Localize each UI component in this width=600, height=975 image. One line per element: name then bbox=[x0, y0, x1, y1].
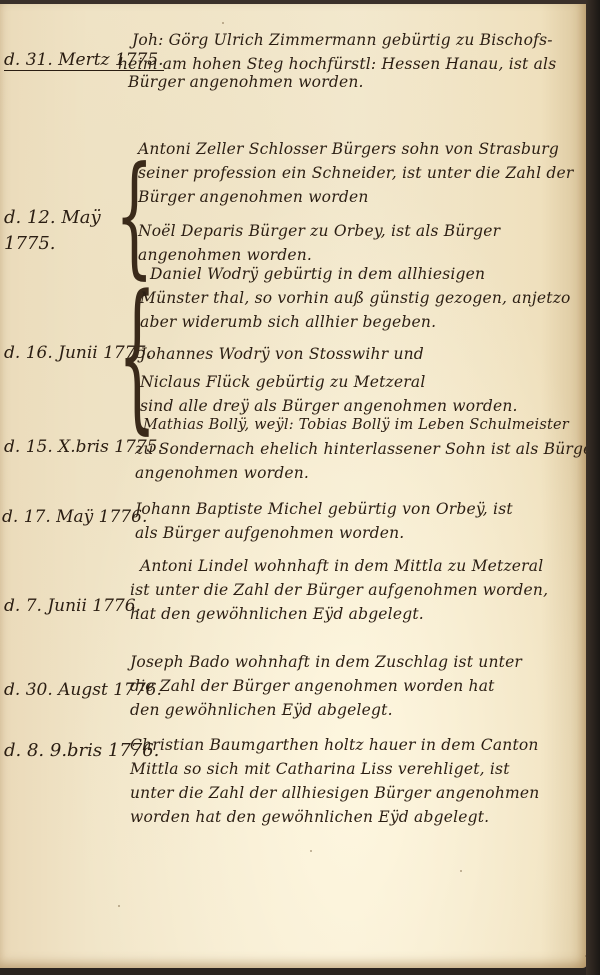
text-line: Münster thal, so vorhin auß günstig gezo… bbox=[140, 286, 571, 310]
entry-text: Daniel Wodrÿ gebürtig in dem allhiesigen… bbox=[140, 262, 571, 418]
text-line: ist unter die Zahl der Bürger aufgenohme… bbox=[130, 578, 548, 602]
text-line: Mittla so sich mit Catharina Liss verehl… bbox=[130, 757, 539, 781]
text-line: Joh: Görg Ulrich Zimmermann gebürtig zu … bbox=[118, 28, 556, 52]
text-line: Noël Deparis Bürger zu Orbey, ist als Bü… bbox=[138, 219, 573, 243]
text-line: worden hat den gewöhnlichen Eÿd abgelegt… bbox=[130, 805, 539, 829]
entry-date: d. 12. Maÿ 1775. bbox=[4, 205, 114, 257]
book-binding-edge bbox=[586, 0, 600, 975]
entry-text: Joh: Görg Ulrich Zimmermann gebürtig zu … bbox=[118, 28, 556, 94]
text-line: zu Sondernach ehelich hinterlassener Soh… bbox=[135, 437, 600, 461]
paper-speck bbox=[222, 22, 224, 24]
text-line: die Zahl der Bürger angenohmen worden ha… bbox=[130, 674, 522, 698]
text-line: Niclaus Flück gebürtig zu Metzeral bbox=[140, 370, 571, 394]
entry-text: Christian Baumgarthen holtz hauer in dem… bbox=[130, 733, 539, 829]
entry-text: Antoni Zeller Schlosser Bürgers sohn von… bbox=[138, 137, 573, 267]
text-line: Johann Baptiste Michel gebürtig von Orbe… bbox=[135, 497, 513, 521]
text-line: Joseph Bado wohnhaft in dem Zuschlag ist… bbox=[130, 650, 522, 674]
text-line: als Bürger aufgenohmen worden. bbox=[135, 521, 513, 545]
text-line: Johannes Wodrÿ von Stosswihr und bbox=[140, 342, 571, 366]
text-line: aber widerumb sich allhier begeben. bbox=[140, 310, 571, 334]
entry-text: Mathias Bollÿ, weÿl: Tobias Bollÿ im Leb… bbox=[135, 413, 600, 485]
text-line: den gewöhnlichen Eÿd abgelegt. bbox=[130, 698, 522, 722]
text-line: Daniel Wodrÿ gebürtig in dem allhiesigen bbox=[140, 262, 571, 286]
entry-date: d. 7. Junii 1776. bbox=[4, 596, 141, 616]
entry-date: d. 17. Maÿ 1776. bbox=[2, 507, 147, 527]
text-line: hat den gewöhnlichen Eÿd abgelegt. bbox=[130, 602, 548, 626]
paper-speck bbox=[310, 850, 312, 852]
text-line: unter die Zahl der allhiesigen Bürger an… bbox=[130, 781, 539, 805]
entry-text: Antoni Lindel wohnhaft in dem Mittla zu … bbox=[130, 554, 548, 626]
text-line: Antoni Zeller Schlosser Bürgers sohn von… bbox=[138, 137, 573, 161]
text-line: Bürger angenohmen worden bbox=[138, 185, 573, 209]
page-top-edge bbox=[0, 0, 600, 4]
manuscript-page: d. 31. Mertz 1775. Joh: Görg Ulrich Zimm… bbox=[0, 0, 588, 968]
entry-text: Joseph Bado wohnhaft in dem Zuschlag ist… bbox=[130, 650, 522, 722]
paper-speck bbox=[118, 905, 120, 907]
text-line: angenohmen worden. bbox=[135, 461, 600, 485]
entry-text: Johann Baptiste Michel gebürtig von Orbe… bbox=[135, 497, 513, 545]
paper-speck bbox=[460, 870, 462, 872]
text-line: Mathias Bollÿ, weÿl: Tobias Bollÿ im Leb… bbox=[135, 413, 600, 437]
text-line: Antoni Lindel wohnhaft in dem Mittla zu … bbox=[130, 554, 548, 578]
text-line: seiner profession ein Schneider, ist unt… bbox=[138, 161, 573, 185]
text-line: Christian Baumgarthen holtz hauer in dem… bbox=[130, 733, 539, 757]
